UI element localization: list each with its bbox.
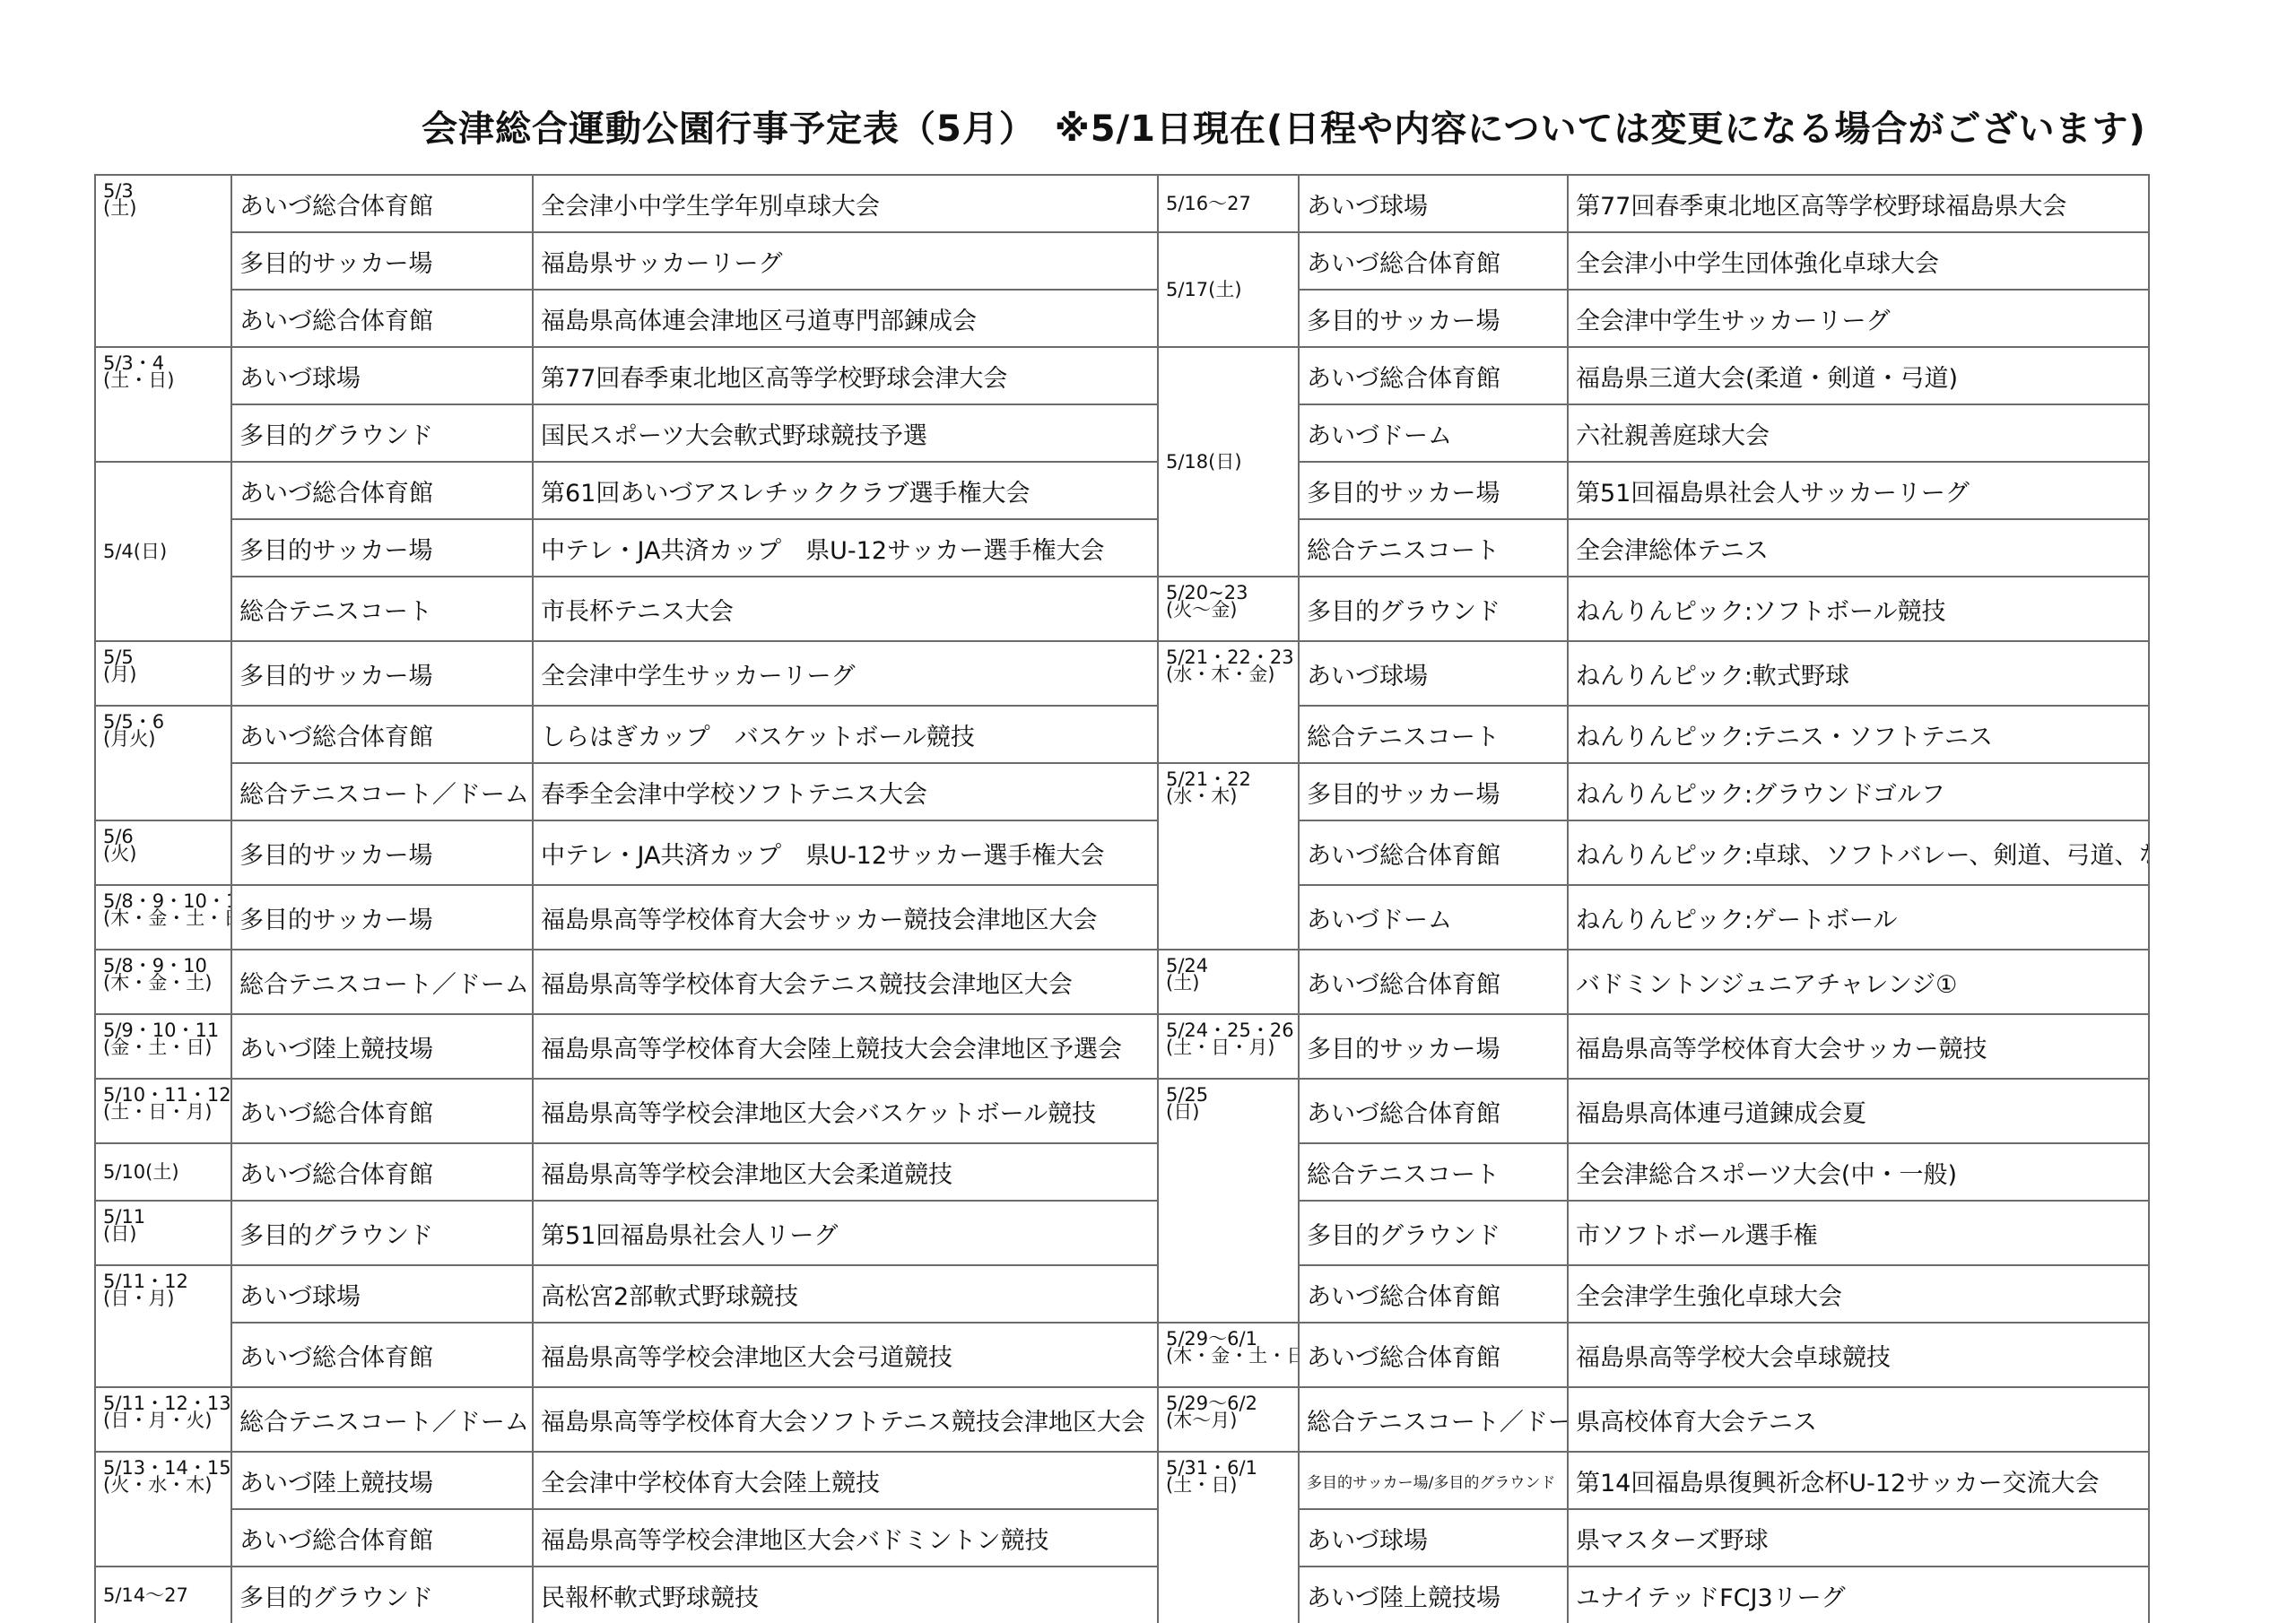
date-cell: 5/11・12・13(日・月・火)	[95, 1387, 231, 1452]
date-cell: 5/18(日)	[1158, 347, 1299, 577]
weekday-label: (日・月)	[103, 1290, 223, 1307]
date-cell: 5/10・11・12(土・日・月)	[95, 1079, 231, 1143]
venue-cell: 多目的サッカー場	[231, 641, 533, 706]
weekday-label: (月火)	[103, 731, 223, 748]
table-row: 5/6(火)多目的サッカー場中テレ・JA共済カップ 県U-12サッカー選手権大会…	[95, 820, 2149, 885]
table-row: 5/4(日)あいづ総合体育館第61回あいづアスレチッククラブ選手権大会多目的サッ…	[95, 462, 2149, 519]
venue-cell: あいづ陸上競技場	[1299, 1567, 1568, 1623]
event-cell: ねんりんピック:グラウンドゴルフ	[1568, 763, 2149, 820]
date-cell: 5/13・14・15(火・水・木)	[95, 1452, 231, 1567]
venue-cell: 多目的サッカー場	[231, 820, 533, 885]
event-cell: しらはぎカップ バスケットボール競技	[533, 706, 1158, 763]
table-row: 5/11・12・13(日・月・火)総合テニスコート／ドーム福島県高等学校体育大会…	[95, 1387, 2149, 1452]
event-cell: 福島県高等学校会津地区大会バドミントン競技	[533, 1509, 1158, 1567]
venue-cell: あいづ総合体育館	[231, 1509, 533, 1567]
date-label: 5/10(土)	[103, 1164, 223, 1181]
weekday-label: (木・金・土)	[103, 975, 223, 992]
event-cell: 民報杯軟式野球競技	[533, 1567, 1158, 1623]
weekday-label: (水・木・金)	[1166, 666, 1291, 683]
event-cell: 福島県三道大会(柔道・剣道・弓道)	[1568, 347, 2149, 404]
event-cell: 第77回春季東北地区高等学校野球会津大会	[533, 347, 1158, 404]
venue-cell: 総合テニスコート／ドーム	[231, 950, 533, 1014]
event-cell: ねんりんピック:ゲートボール	[1568, 885, 2149, 950]
venue-cell: あいづ総合体育館	[1299, 1265, 1568, 1323]
date-cell: 5/6(火)	[95, 820, 231, 885]
event-cell: 高松宮2部軟式野球競技	[533, 1265, 1158, 1323]
venue-cell: 多目的サッカー場	[231, 885, 533, 950]
event-cell: 全会津小中学生学年別卓球大会	[533, 175, 1158, 232]
table-row: 総合テニスコート市長杯テニス大会5/20~23(火～金)多目的グラウンドねんりん…	[95, 577, 2149, 641]
page-title: 会津総合運動公園行事予定表（5月） ※5/1日現在(日程や内容については変更にな…	[422, 100, 2146, 152]
table-row: 5/13・14・15(火・水・木)あいづ陸上競技場全会津中学校体育大会陸上競技5…	[95, 1452, 2149, 1509]
venue-cell: あいづ総合体育館	[231, 1079, 533, 1143]
date-cell: 5/3・4(土・日)	[95, 347, 231, 462]
event-cell: 福島県高等学校会津地区大会弓道競技	[533, 1323, 1158, 1387]
event-cell: 全会津総体テニス	[1568, 519, 2149, 577]
venue-cell: あいづ総合体育館	[231, 1323, 533, 1387]
venue-cell: あいづドーム	[1299, 404, 1568, 462]
event-cell: 第51回福島県社会人リーグ	[533, 1201, 1158, 1265]
venue-cell: 多目的サッカー場/多目的グラウンド	[1299, 1452, 1568, 1509]
date-cell: 5/8・9・10(木・金・土)	[95, 950, 231, 1014]
event-cell: 第14回福島県復興祈念杯U-12サッカー交流大会	[1568, 1452, 2149, 1509]
weekday-label: (木・金・土・日)	[1166, 1348, 1291, 1365]
event-cell: 全会津中学生サッカーリーグ	[533, 641, 1158, 706]
venue-cell: 多目的サッカー場	[231, 232, 533, 290]
venue-cell: 多目的グラウンド	[231, 1567, 533, 1623]
event-cell: 第51回福島県社会人サッカーリーグ	[1568, 462, 2149, 519]
event-cell: 福島県高等学校体育大会ソフトテニス競技会津地区大会	[533, 1387, 1158, 1452]
venue-cell: あいづ総合体育館	[1299, 820, 1568, 885]
weekday-label: (土)	[103, 200, 223, 217]
date-cell: 5/29～6/1(木・金・土・日)	[1158, 1323, 1299, 1387]
event-cell: 福島県高等学校会津地区大会柔道競技	[533, 1143, 1158, 1201]
date-cell: 5/17(土)	[1158, 232, 1299, 347]
venue-cell: 総合テニスコート	[1299, 519, 1568, 577]
date-cell: 5/29～6/2(木～月)	[1158, 1387, 1299, 1452]
date-cell: 5/3(土)	[95, 175, 231, 347]
weekday-label: (日)	[1166, 1104, 1291, 1121]
weekday-label: (金・土・日)	[103, 1039, 223, 1056]
venue-cell: あいづ球場	[231, 347, 533, 404]
venue-cell: 総合テニスコート／ドーム	[1299, 1387, 1568, 1452]
weekday-label: (火)	[103, 846, 223, 863]
event-cell: ねんりんピック:テニス・ソフトテニス	[1568, 706, 2149, 763]
venue-cell: あいづ球場	[231, 1265, 533, 1323]
schedule-table: 5/3(土)あいづ総合体育館全会津小中学生学年別卓球大会5/16～27あいづ球場…	[94, 174, 2150, 1623]
weekday-label: (木・金・土・日)	[103, 910, 223, 927]
table-row: 5/8・9・10(木・金・土)総合テニスコート／ドーム福島県高等学校体育大会テニ…	[95, 950, 2149, 1014]
table-row: 多目的サッカー場福島県サッカーリーグ5/17(土)あいづ総合体育館全会津小中学生…	[95, 232, 2149, 290]
date-label: 5/4(日)	[103, 543, 223, 560]
event-cell: 全会津中学生サッカーリーグ	[1568, 290, 2149, 347]
weekday-label: (火～金)	[1166, 602, 1291, 619]
date-cell: 5/11(日)	[95, 1201, 231, 1265]
event-cell: 国民スポーツ大会軟式野球競技予選	[533, 404, 1158, 462]
date-cell: 5/25(日)	[1158, 1079, 1299, 1323]
event-cell: 福島県高等学校体育大会サッカー競技会津地区大会	[533, 885, 1158, 950]
date-cell: 5/21・22・23(水・木・金)	[1158, 641, 1299, 763]
venue-cell: 多目的グラウンド	[1299, 577, 1568, 641]
venue-cell: 多目的サッカー場	[1299, 290, 1568, 347]
table-row: 5/5・6(月火)あいづ総合体育館しらはぎカップ バスケットボール競技総合テニス…	[95, 706, 2149, 763]
venue-cell: 多目的サッカー場	[231, 519, 533, 577]
venue-cell: 総合テニスコート／ドーム	[231, 763, 533, 820]
event-cell: 春季全会津中学校ソフトテニス大会	[533, 763, 1158, 820]
venue-cell: 総合テニスコート	[231, 577, 533, 641]
event-cell: 市長杯テニス大会	[533, 577, 1158, 641]
venue-cell: あいづ総合体育館	[1299, 1323, 1568, 1387]
weekday-label: (火・水・木)	[103, 1477, 223, 1494]
event-cell: ユナイテッドFCJ3リーグ	[1568, 1567, 2149, 1623]
venue-cell: 多目的サッカー場	[1299, 763, 1568, 820]
weekday-label: (土・日)	[103, 372, 223, 389]
event-cell: ねんりんピック:ソフトボール競技	[1568, 577, 2149, 641]
venue-cell: あいづ陸上競技場	[231, 1014, 533, 1079]
table-row: 5/11・12(日・月)あいづ球場高松宮2部軟式野球競技あいづ総合体育館全会津学…	[95, 1265, 2149, 1323]
table-row: 5/8・9・10・11(木・金・土・日)多目的サッカー場福島県高等学校体育大会サ…	[95, 885, 2149, 950]
date-cell: 5/31・6/1(土・日)	[1158, 1452, 1299, 1623]
date-cell: 5/4(日)	[95, 462, 231, 641]
date-cell: 5/20~23(火～金)	[1158, 577, 1299, 641]
table-row: 5/5(月)多目的サッカー場全会津中学生サッカーリーグ5/21・22・23(水・…	[95, 641, 2149, 706]
date-cell: 5/5(月)	[95, 641, 231, 706]
venue-cell: あいづ総合体育館	[231, 1143, 533, 1201]
table-row: あいづ総合体育館福島県高等学校会津地区大会バドミントン競技あいづ球場県マスターズ…	[95, 1509, 2149, 1567]
event-cell: 第77回春季東北地区高等学校野球福島県大会	[1568, 175, 2149, 232]
date-cell: 5/14～27	[95, 1567, 231, 1623]
venue-cell: 多目的グラウンド	[231, 404, 533, 462]
venue-cell: あいづドーム	[1299, 885, 1568, 950]
event-cell: 六社親善庭球大会	[1568, 404, 2149, 462]
venue-cell: あいづ陸上競技場	[231, 1452, 533, 1509]
table-row: 5/14～27多目的グラウンド民報杯軟式野球競技あいづ陸上競技場ユナイテッドFC…	[95, 1567, 2149, 1623]
table-row: 5/3・4(土・日)あいづ球場第77回春季東北地区高等学校野球会津大会5/18(…	[95, 347, 2149, 404]
venue-cell: あいづ総合体育館	[231, 290, 533, 347]
date-cell: 5/9・10・11(金・土・日)	[95, 1014, 231, 1079]
event-cell: 福島県サッカーリーグ	[533, 232, 1158, 290]
venue-cell: 多目的サッカー場	[1299, 1014, 1568, 1079]
date-cell: 5/21・22(水・木)	[1158, 763, 1299, 950]
date-cell: 5/10(土)	[95, 1143, 231, 1201]
weekday-label: (水・木)	[1166, 788, 1291, 805]
table-row: 多目的グラウンド国民スポーツ大会軟式野球競技予選あいづドーム六社親善庭球大会	[95, 404, 2149, 462]
event-cell: 福島県高等学校体育大会陸上競技大会会津地区予選会	[533, 1014, 1158, 1079]
weekday-label: (木～月)	[1166, 1412, 1291, 1429]
weekday-label: (日・月・火)	[103, 1412, 223, 1429]
event-cell: ねんりんピック:軟式野球	[1568, 641, 2149, 706]
table-row: 総合テニスコート／ドーム春季全会津中学校ソフトテニス大会5/21・22(水・木)…	[95, 763, 2149, 820]
venue-cell: 多目的サッカー場	[1299, 462, 1568, 519]
event-cell: 中テレ・JA共済カップ 県U-12サッカー選手権大会	[533, 519, 1158, 577]
date-label: 5/18(日)	[1166, 454, 1291, 471]
table-row: 5/10(土)あいづ総合体育館福島県高等学校会津地区大会柔道競技総合テニスコート…	[95, 1143, 2149, 1201]
table-row: あいづ総合体育館福島県高等学校会津地区大会弓道競技5/29～6/1(木・金・土・…	[95, 1323, 2149, 1387]
event-cell: 全会津学生強化卓球大会	[1568, 1265, 2149, 1323]
table-row: 5/3(土)あいづ総合体育館全会津小中学生学年別卓球大会5/16～27あいづ球場…	[95, 175, 2149, 232]
event-cell: 第61回あいづアスレチッククラブ選手権大会	[533, 462, 1158, 519]
event-cell: 福島県高等学校体育大会テニス競技会津地区大会	[533, 950, 1158, 1014]
weekday-label: (月)	[103, 666, 223, 683]
event-cell: バドミントンジュニアチャレンジ①	[1568, 950, 2149, 1014]
venue-cell: 総合テニスコート	[1299, 706, 1568, 763]
date-cell: 5/24・25・26(土・日・月)	[1158, 1014, 1299, 1079]
venue-cell: あいづ総合体育館	[1299, 347, 1568, 404]
venue-cell: あいづ総合体育館	[1299, 1079, 1568, 1143]
date-label: 5/17(土)	[1166, 282, 1291, 299]
venue-cell: 多目的グラウンド	[1299, 1201, 1568, 1265]
date-cell: 5/24(土)	[1158, 950, 1299, 1014]
venue-cell: あいづ総合体育館	[1299, 950, 1568, 1014]
venue-cell: あいづ球場	[1299, 1509, 1568, 1567]
table-row: 5/9・10・11(金・土・日)あいづ陸上競技場福島県高等学校体育大会陸上競技大…	[95, 1014, 2149, 1079]
event-cell: 県高校体育大会テニス	[1568, 1387, 2149, 1452]
date-cell: 5/5・6(月火)	[95, 706, 231, 820]
date-cell: 5/8・9・10・11(木・金・土・日)	[95, 885, 231, 950]
table-row: 5/10・11・12(土・日・月)あいづ総合体育館福島県高等学校会津地区大会バス…	[95, 1079, 2149, 1143]
table-row: 5/11(日)多目的グラウンド第51回福島県社会人リーグ多目的グラウンド市ソフト…	[95, 1201, 2149, 1265]
event-cell: 全会津総合スポーツ大会(中・一般)	[1568, 1143, 2149, 1201]
venue-cell: 多目的グラウンド	[231, 1201, 533, 1265]
venue-cell: 総合テニスコート	[1299, 1143, 1568, 1201]
event-cell: 福島県高体連会津地区弓道専門部錬成会	[533, 290, 1158, 347]
weekday-label: (土・日)	[1166, 1477, 1291, 1494]
venue-cell: あいづ総合体育館	[231, 462, 533, 519]
event-cell: 福島県高等学校会津地区大会バスケットボール競技	[533, 1079, 1158, 1143]
venue-cell: 総合テニスコート／ドーム	[231, 1387, 533, 1452]
weekday-label: (土・日・月)	[103, 1104, 223, 1121]
venue-cell: あいづ球場	[1299, 641, 1568, 706]
date-label: 5/16～27	[1166, 195, 1291, 213]
venue-cell: あいづ総合体育館	[1299, 232, 1568, 290]
table-row: 多目的サッカー場中テレ・JA共済カップ 県U-12サッカー選手権大会総合テニスコ…	[95, 519, 2149, 577]
date-cell: 5/16～27	[1158, 175, 1299, 232]
event-cell: 中テレ・JA共済カップ 県U-12サッカー選手権大会	[533, 820, 1158, 885]
event-cell: 福島県高等学校大会卓球競技	[1568, 1323, 2149, 1387]
event-cell: ねんりんピック:卓球、ソフトバレー、剣道、弓道、なぎなた	[1568, 820, 2149, 885]
venue-cell: あいづ総合体育館	[231, 706, 533, 763]
event-cell: 市ソフトボール選手権	[1568, 1201, 2149, 1265]
event-cell: 全会津中学校体育大会陸上競技	[533, 1452, 1158, 1509]
table-row: あいづ総合体育館福島県高体連会津地区弓道専門部錬成会多目的サッカー場全会津中学生…	[95, 290, 2149, 347]
event-cell: 全会津小中学生団体強化卓球大会	[1568, 232, 2149, 290]
weekday-label: (土・日・月)	[1166, 1039, 1291, 1056]
event-cell: 福島県高等学校体育大会サッカー競技	[1568, 1014, 2149, 1079]
weekday-label: (土)	[1166, 975, 1291, 992]
venue-cell: あいづ球場	[1299, 175, 1568, 232]
venue-cell: あいづ総合体育館	[231, 175, 533, 232]
event-cell: 県マスターズ野球	[1568, 1509, 2149, 1567]
date-label: 5/14～27	[103, 1587, 223, 1604]
date-cell: 5/11・12(日・月)	[95, 1265, 231, 1387]
weekday-label: (日)	[103, 1226, 223, 1243]
event-cell: 福島県高体連弓道錬成会夏	[1568, 1079, 2149, 1143]
